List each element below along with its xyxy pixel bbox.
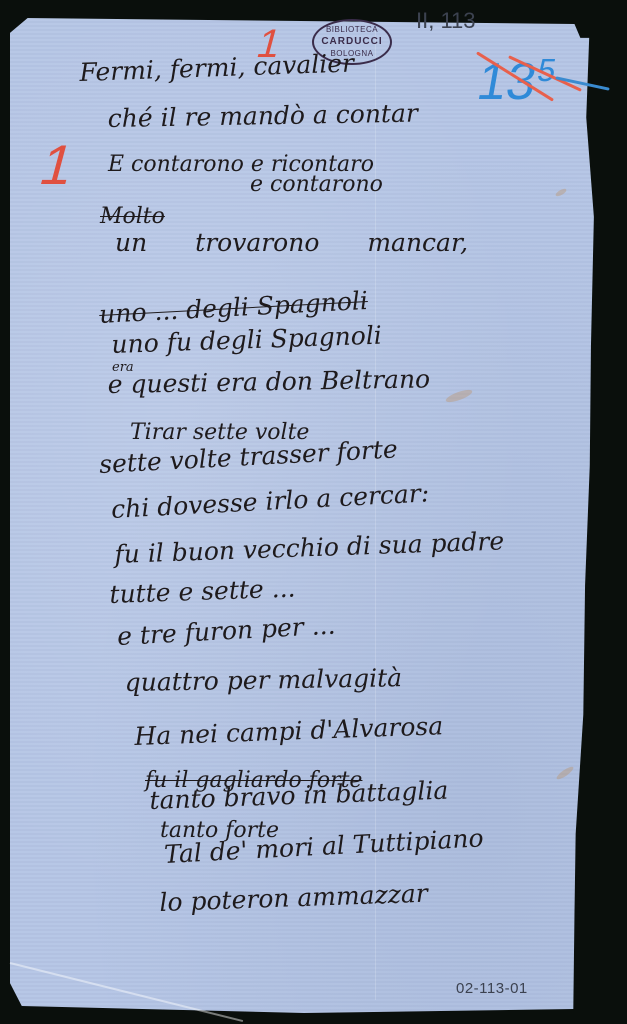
- manuscript-line: e contarono: [250, 172, 383, 197]
- manuscript-line: quattro per malvagità: [124, 663, 402, 697]
- manuscript-line: e questi era don Beltrano: [107, 364, 430, 399]
- shelfmark: II, 113: [416, 8, 476, 34]
- catalog-number: 02-113-01: [456, 980, 528, 997]
- manuscript-line-struck: Molto: [100, 204, 165, 229]
- manuscript-line: un trovarono mancar,: [115, 228, 468, 257]
- manuscript-line: ché il re mandò a contar: [107, 99, 418, 133]
- stamp-top-text: BIBLIOTECA: [314, 24, 390, 36]
- stamp-middle-text: CARDUCCI: [314, 36, 390, 48]
